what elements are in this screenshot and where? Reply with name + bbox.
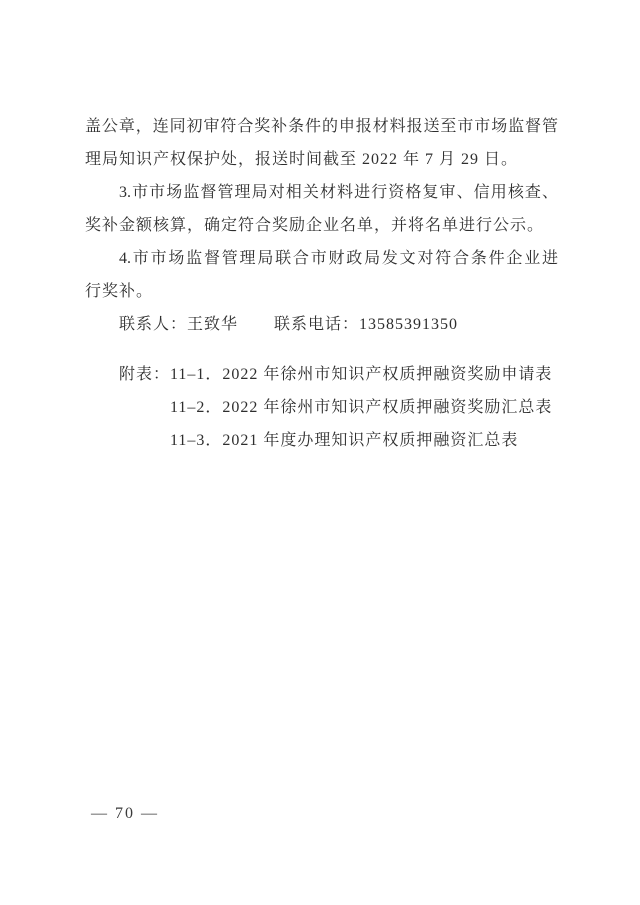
paragraph-continuation-line-1: 盖公章，连同初审符合奖补条件的申报材料报送至市市场监督管 — [85, 110, 558, 143]
attachment-list: 附表： 11–1．2022 年徐州市知识产权质押融资奖励申请表 11–2．202… — [85, 358, 558, 457]
attachment-item-3: 11–3．2021 年度办理知识产权质押融资汇总表 — [170, 424, 558, 457]
body-text: 盖公章，连同初审符合奖补条件的申报材料报送至市市场监督管 理局知识产权保护处，报… — [85, 110, 558, 457]
paragraph-item3-line-1: 3.市市场监督管理局对相关材料进行资格复审、信用核查、 — [85, 176, 558, 209]
attachment-label: 附表： — [85, 358, 170, 391]
contact-person-label: 联系人： — [119, 316, 187, 333]
attachment-item-1: 11–1．2022 年徐州市知识产权质押融资奖励申请表 — [170, 358, 558, 391]
paragraph-item4-line-2: 行奖补。 — [85, 275, 558, 308]
contact-person: 王致华 — [187, 316, 238, 333]
attachment-item-2: 11–2．2022 年徐州市知识产权质押融资奖励汇总表 — [170, 391, 558, 424]
contact-phone: 13585391350 — [359, 316, 458, 333]
paragraph-continuation-line-2: 理局知识产权保护处，报送时间截至 2022 年 7 月 29 日。 — [85, 143, 558, 176]
paragraph-item4-line-1: 4.市市场监督管理局联合市财政局发文对符合条件企业进 — [85, 242, 558, 275]
page-number: — 70 — — [91, 804, 159, 824]
attachment-items: 11–1．2022 年徐州市知识产权质押融资奖励申请表 11–2．2022 年徐… — [170, 358, 558, 457]
contact-line: 联系人：王致华联系电话：13585391350 — [85, 308, 558, 341]
paragraph-item3-line-2: 奖补金额核算，确定符合奖励企业名单，并将名单进行公示。 — [85, 209, 558, 242]
contact-phone-label: 联系电话： — [274, 316, 359, 333]
document-page: 盖公章，连同初审符合奖补条件的申报材料报送至市市场监督管 理局知识产权保护处，报… — [0, 0, 640, 905]
